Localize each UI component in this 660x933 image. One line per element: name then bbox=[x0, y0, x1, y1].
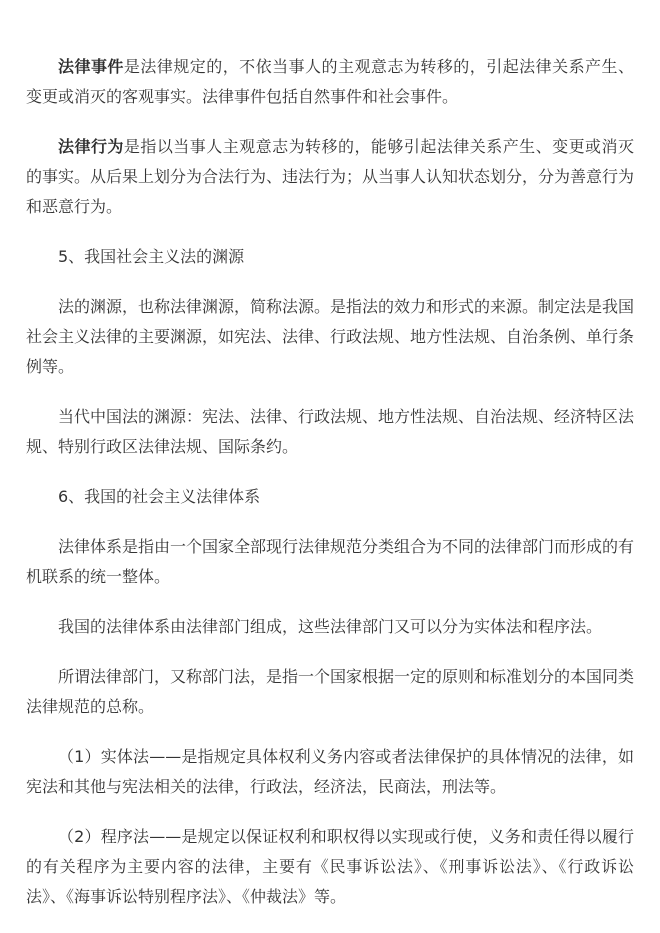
section-heading-6: 6、我国的社会主义法律体系 bbox=[26, 482, 634, 512]
paragraph-legal-departments: 我国的法律体系由法律部门组成，这些法律部门又可以分为实体法和程序法。 bbox=[26, 612, 634, 642]
paragraph-text: 法的渊源，也称法律渊源，简称法源。是指法的效力和形式的来源。制定法是我国社会主义… bbox=[26, 297, 634, 376]
paragraph-substantive-law: （1）实体法——是指规定具体权利义务内容或者法律保护的具体情况的法律，如宪法和其… bbox=[26, 742, 634, 802]
section-heading-5: 5、我国社会主义法的渊源 bbox=[26, 242, 634, 272]
paragraph-contemporary-sources: 当代中国法的渊源：宪法、法律、行政法规、地方性法规、自治法规、经济特区法规、特别… bbox=[26, 402, 634, 462]
bold-term-legal-act: 法律行为 bbox=[58, 137, 124, 156]
paragraph-legal-act: 法律行为是指以当事人主观意志为转移的，能够引起法律关系产生、变更或消灭的事实。从… bbox=[26, 132, 634, 222]
paragraph-text: 法律体系是指由一个国家全部现行法律规范分类组合为不同的法律部门而形成的有机联系的… bbox=[26, 537, 634, 586]
paragraph-text: 当代中国法的渊源：宪法、法律、行政法规、地方性法规、自治法规、经济特区法规、特别… bbox=[26, 407, 634, 456]
paragraph-text: （1）实体法——是指规定具体权利义务内容或者法律保护的具体情况的法律，如宪法和其… bbox=[26, 747, 634, 796]
paragraph-text: （2）程序法——是规定以保证权利和职权得以实现或行使，义务和责任得以履行的有关程… bbox=[26, 827, 634, 906]
paragraph-text: 所谓法律部门，又称部门法，是指一个国家根据一定的原则和标准划分的本国同类法律规范… bbox=[26, 667, 634, 716]
paragraph-legal-system-definition: 法律体系是指由一个国家全部现行法律规范分类组合为不同的法律部门而形成的有机联系的… bbox=[26, 532, 634, 592]
paragraph-procedural-law: （2）程序法——是规定以保证权利和职权得以实现或行使，义务和责任得以履行的有关程… bbox=[26, 822, 634, 912]
heading-text: 5、我国社会主义法的渊源 bbox=[58, 247, 244, 266]
paragraph-department-law-definition: 所谓法律部门，又称部门法，是指一个国家根据一定的原则和标准划分的本国同类法律规范… bbox=[26, 662, 634, 722]
heading-text: 6、我国的社会主义法律体系 bbox=[58, 487, 260, 506]
paragraph-text: 我国的法律体系由法律部门组成，这些法律部门又可以分为实体法和程序法。 bbox=[58, 617, 602, 636]
paragraph-legal-event: 法律事件是法律规定的，不依当事人的主观意志为转移的，引起法律关系产生、变更或消灭… bbox=[26, 52, 634, 112]
bold-term-legal-event: 法律事件 bbox=[58, 57, 124, 76]
document-page: 法律事件是法律规定的，不依当事人的主观意志为转移的，引起法律关系产生、变更或消灭… bbox=[0, 0, 660, 933]
paragraph-law-sources: 法的渊源，也称法律渊源，简称法源。是指法的效力和形式的来源。制定法是我国社会主义… bbox=[26, 292, 634, 382]
